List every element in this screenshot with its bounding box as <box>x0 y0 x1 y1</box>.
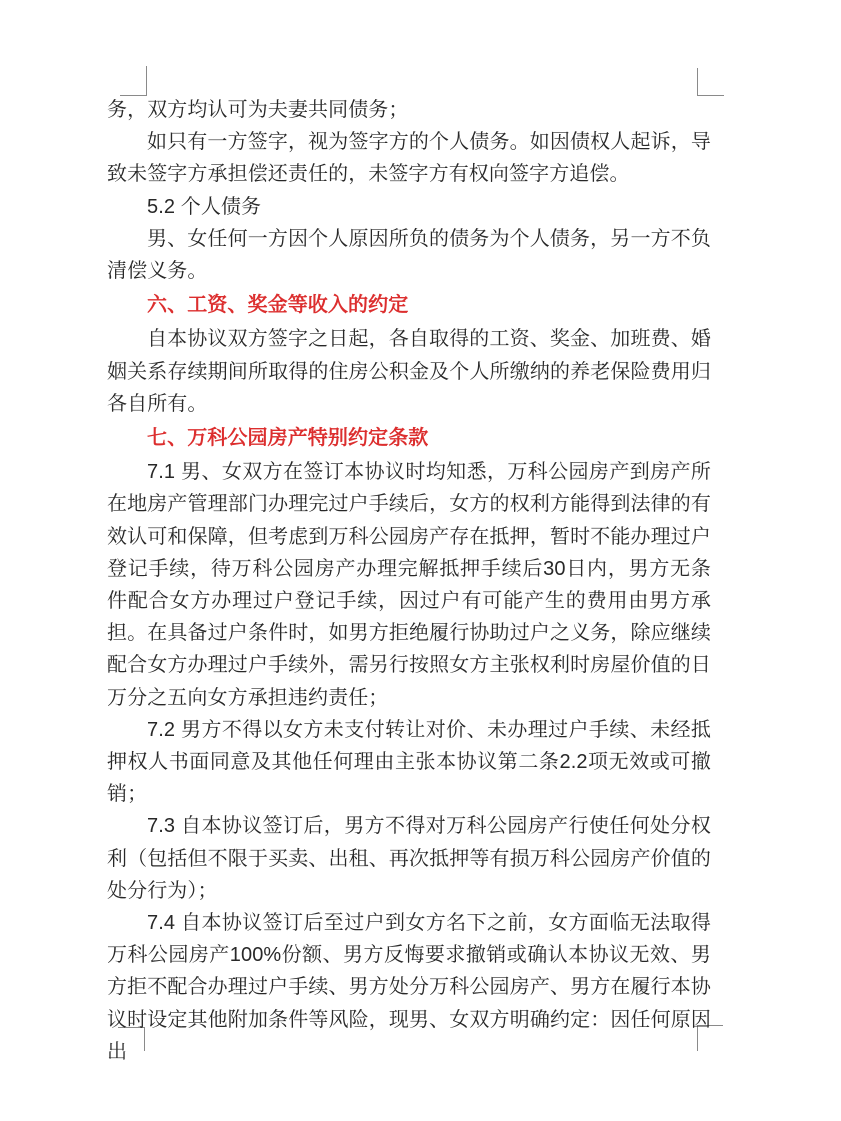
paragraph: 男、女任何一方因个人原因所负的债务为个人债务，另一方不负清偿义务。 <box>107 223 711 287</box>
crop-mark-top-right <box>697 68 724 96</box>
clause-5-2-title: 5.2 个人债务 <box>107 191 711 223</box>
paragraph: 自本协议双方签字之日起，各自取得的工资、奖金、加班费、婚姻关系存续期间所取得的住… <box>107 323 711 420</box>
clause-7-2: 7.2 男方不得以女方未支付转让对价、未办理过户手续、未经抵押权人书面同意及其他… <box>107 714 711 811</box>
section-heading-7: 七、万科公园房产特别约定条款 <box>107 422 711 454</box>
crop-mark-top-left <box>120 66 147 96</box>
section-heading-6: 六、工资、奖金等收入的约定 <box>107 289 711 321</box>
document-page: 务，双方均认可为夫妻共同债务； 如只有一方签字，视为签字方的个人债务。如因债权人… <box>0 0 841 1121</box>
paragraph-continuation: 务，双方均认可为夫妻共同债务； <box>107 94 711 126</box>
clause-7-3: 7.3 自本协议签订后，男方不得对万科公园房产行使任何处分权利（包括但不限于买卖… <box>107 810 711 907</box>
paragraph: 如只有一方签字，视为签字方的个人债务。如因债权人起诉，导致未签字方承担偿还责任的… <box>107 126 711 190</box>
document-body: 务，双方均认可为夫妻共同债务； 如只有一方签字，视为签字方的个人债务。如因债权人… <box>107 94 711 1068</box>
clause-7-1: 7.1 男、女双方在签订本协议时均知悉，万科公园房产到房产所在地房产管理部门办理… <box>107 456 711 714</box>
clause-7-4: 7.4 自本协议签订后至过户到女方名下之前，女方面临无法取得万科公园房产100%… <box>107 907 711 1068</box>
